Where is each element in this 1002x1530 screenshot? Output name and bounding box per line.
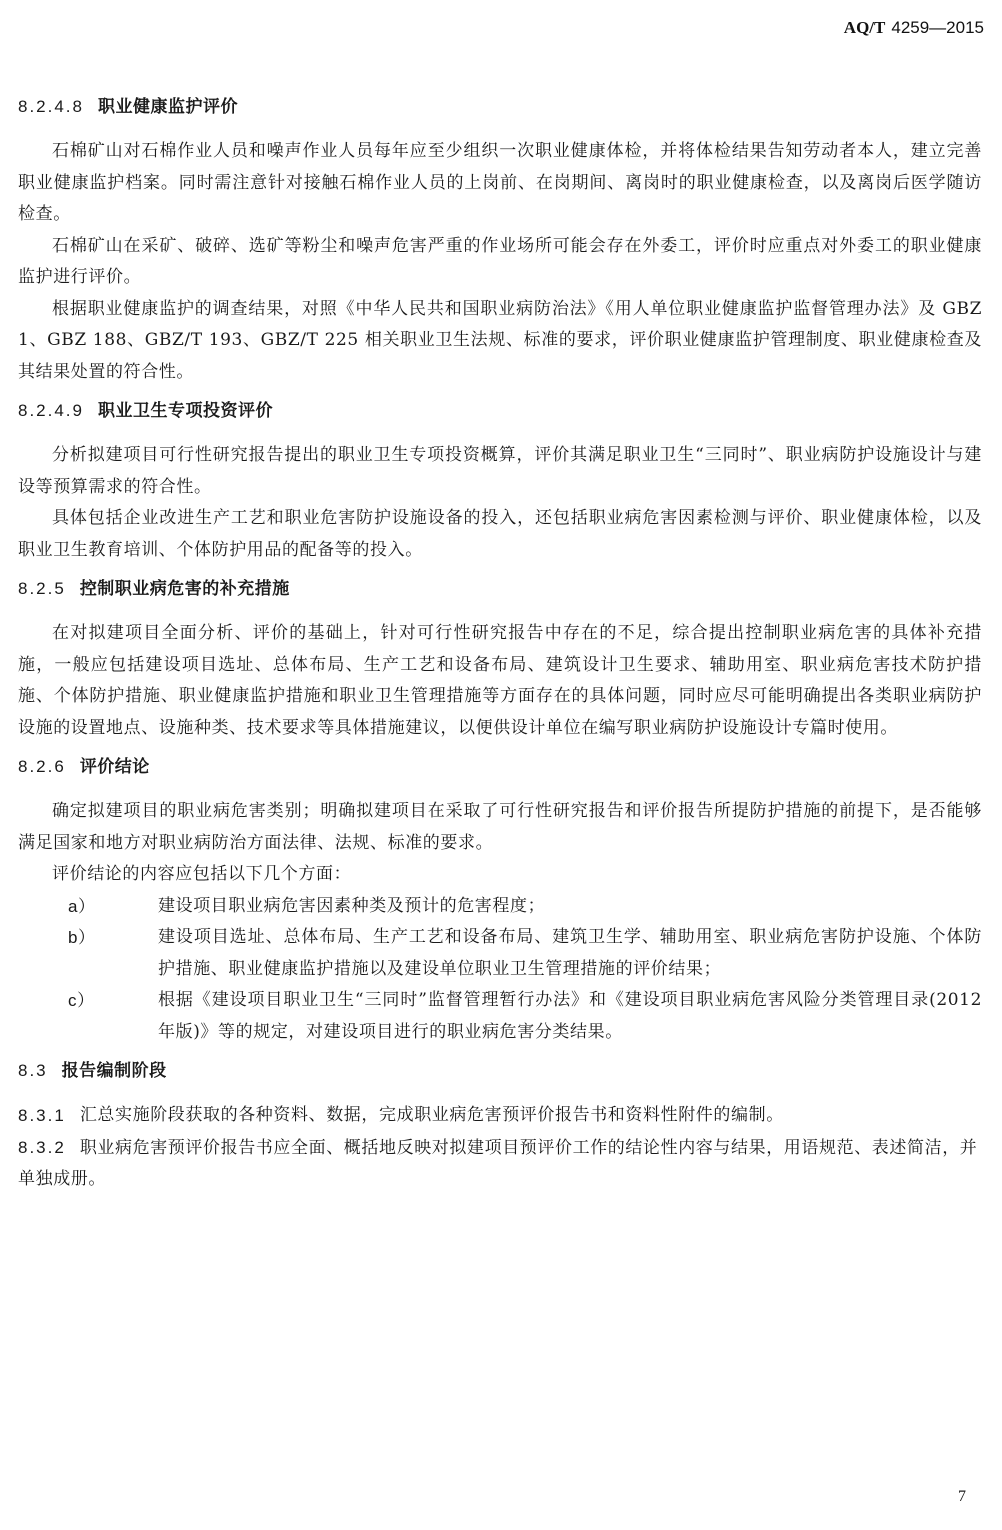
clause-number: 8.3.1: [18, 1100, 66, 1132]
document-body: 8.2.4.8职业健康监护评价 石棉矿山对石棉作业人员和噪声作业人员每年应至少组…: [18, 92, 982, 1196]
list-item-c: c） 根据《建设项目职业卫生“三同时”监督管理暂行办法》和《建设项目职业病危害风…: [18, 985, 982, 1048]
heading-8-2-4-9: 8.2.4.9职业卫生专项投资评价: [18, 396, 982, 426]
clause-8-3-2: 8.3.2职业病危害预评价报告书应全面、概括地反映对拟建项目预评价工作的结论性内…: [18, 1132, 982, 1196]
paragraph: 根据职业健康监护的调查结果，对照《中华人民共和国职业病防治法》《用人单位职业健康…: [18, 294, 982, 389]
list-text: 建设项目选址、总体布局、生产工艺和设备布局、建筑卫生学、辅助用室、职业病危害防护…: [158, 922, 982, 985]
heading-8-2-4-8: 8.2.4.8职业健康监护评价: [18, 92, 982, 122]
paragraph: 具体包括企业改进生产工艺和职业危害防护设施设备的投入，还包括职业病危害因素检测与…: [18, 503, 982, 566]
paragraph: 评价结论的内容应包括以下几个方面：: [18, 859, 982, 891]
list-marker: b）: [18, 922, 116, 985]
heading-title: 评价结论: [80, 757, 150, 776]
heading-number: 8.2.4.8: [18, 97, 84, 116]
clause-text: 汇总实施阶段获取的各种资料、数据，完成职业病危害预评价报告书和资料性附件的编制。: [80, 1100, 982, 1132]
list-marker: c）: [18, 985, 116, 1048]
clause-8-3-1: 8.3.1 汇总实施阶段获取的各种资料、数据，完成职业病危害预评价报告书和资料性…: [18, 1100, 982, 1132]
list-text: 根据《建设项目职业卫生“三同时”监督管理暂行办法》和《建设项目职业病危害风险分类…: [158, 985, 982, 1048]
heading-number: 8.2.6: [18, 757, 66, 776]
standard-number: 4259—2015: [891, 18, 984, 37]
heading-title: 控制职业病危害的补充措施: [80, 579, 290, 598]
paragraph: 石棉矿山在采矿、破碎、选矿等粉尘和噪声危害严重的作业场所可能会存在外委工，评价时…: [18, 231, 982, 294]
heading-8-2-6: 8.2.6评价结论: [18, 752, 982, 782]
paragraph: 分析拟建项目可行性研究报告提出的职业卫生专项投资概算，评价其满足职业卫生“三同时…: [18, 440, 982, 503]
standard-prefix: AQ/T: [844, 18, 886, 37]
heading-number: 8.3: [18, 1061, 48, 1080]
clause-number: 8.3.2: [18, 1138, 66, 1157]
heading-8-3: 8.3报告编制阶段: [18, 1056, 982, 1086]
heading-number: 8.2.4.9: [18, 401, 84, 420]
list-marker: a）: [18, 891, 116, 923]
clause-text: 职业病危害预评价报告书应全面、概括地反映对拟建项目预评价工作的结论性内容与结果，…: [18, 1138, 977, 1190]
paragraph: 确定拟建项目的职业病危害类别；明确拟建项目在采取了可行性研究报告和评价报告所提防…: [18, 796, 982, 859]
page-number: 7: [958, 1488, 966, 1506]
list-item-a: a） 建设项目职业病危害因素种类及预计的危害程度；: [18, 891, 982, 923]
paragraph: 在对拟建项目全面分析、评价的基础上，针对可行性研究报告中存在的不足，综合提出控制…: [18, 618, 982, 744]
paragraph: 石棉矿山对石棉作业人员和噪声作业人员每年应至少组织一次职业健康体检，并将体检结果…: [18, 136, 982, 231]
heading-title: 报告编制阶段: [62, 1061, 167, 1080]
list-item-b: b） 建设项目选址、总体布局、生产工艺和设备布局、建筑卫生学、辅助用室、职业病危…: [18, 922, 982, 985]
heading-8-2-5: 8.2.5控制职业病危害的补充措施: [18, 574, 982, 604]
list-text: 建设项目职业病危害因素种类及预计的危害程度；: [158, 891, 982, 923]
standard-code-header: AQ/T4259—2015: [844, 18, 984, 38]
heading-title: 职业卫生专项投资评价: [98, 401, 273, 420]
heading-number: 8.2.5: [18, 579, 66, 598]
heading-title: 职业健康监护评价: [98, 97, 238, 116]
